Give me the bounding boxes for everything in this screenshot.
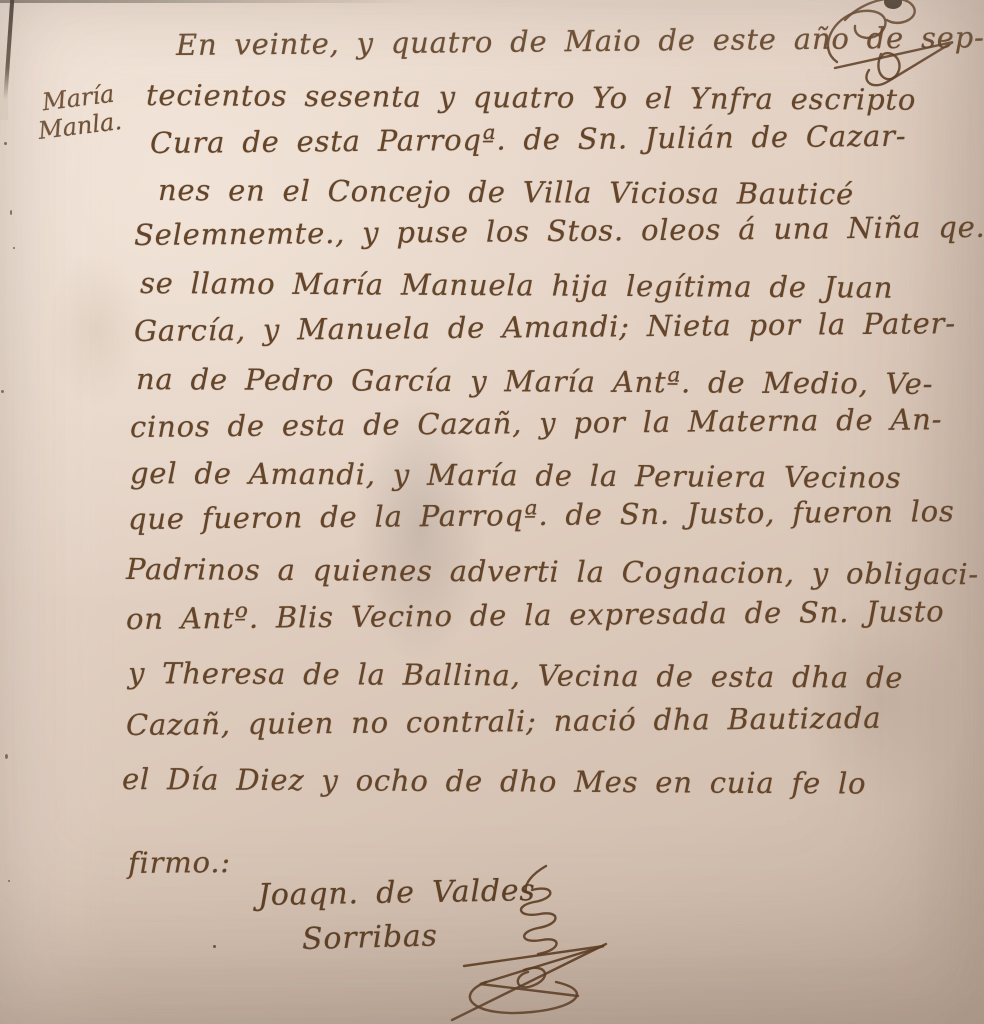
manuscript-line: firmo.: bbox=[128, 845, 231, 880]
signature-surname-line: Sorribas bbox=[302, 918, 439, 957]
ink-speck bbox=[1, 390, 4, 393]
manuscript-line: Padrinos a quienes adverti la Cognacion,… bbox=[126, 552, 979, 591]
manuscript-line: el Día Diez y ocho de dho Mes en cuia fe… bbox=[122, 762, 867, 801]
manuscript-line: que fueron de la Parroqª. de Sn. Justo, … bbox=[128, 494, 955, 536]
manuscript-line: gel de Amandi, y María de la Peruiera Ve… bbox=[130, 456, 902, 495]
manuscript-line: se llamo María Manuela hija legítima de … bbox=[140, 266, 893, 305]
manuscript-line: cinos de esta de Cazañ, y por la Materna… bbox=[130, 402, 943, 444]
signature-rubric-icon bbox=[428, 862, 638, 1024]
ink-speck bbox=[13, 247, 15, 249]
manuscript-line: García, y Manuela de Amandi; Nieta por l… bbox=[134, 306, 956, 348]
manuscript-line: nes en el Concejo de Villa Viciosa Bauti… bbox=[158, 173, 854, 211]
corner-rubric-icon bbox=[795, 0, 980, 102]
manuscript-line: Cura de esta Parroqª. de Sn. Julián de C… bbox=[150, 119, 907, 160]
manuscript-line: on Antº. Blis Vecino de la expresada de … bbox=[126, 594, 945, 636]
manuscript-page: María Manla. En veinte, y quatro de Maio… bbox=[0, 0, 984, 1024]
manuscript-line: na de Pedro García y María Antª. de Medi… bbox=[136, 362, 933, 401]
manuscript-line: Cazañ, quien no contrali; nació dha Baut… bbox=[126, 701, 882, 742]
manuscript-line: Selemnemte., y puse los Stos. oleos á un… bbox=[134, 210, 984, 252]
ink-speck bbox=[5, 754, 8, 759]
ink-speck bbox=[10, 210, 12, 215]
page-top-shadow bbox=[0, 0, 420, 3]
ink-speck bbox=[8, 880, 10, 882]
manuscript-line: y Theresa de la Ballina, Vecina de esta … bbox=[128, 656, 904, 695]
ink-speck bbox=[4, 142, 7, 145]
ink-speck bbox=[213, 945, 216, 948]
